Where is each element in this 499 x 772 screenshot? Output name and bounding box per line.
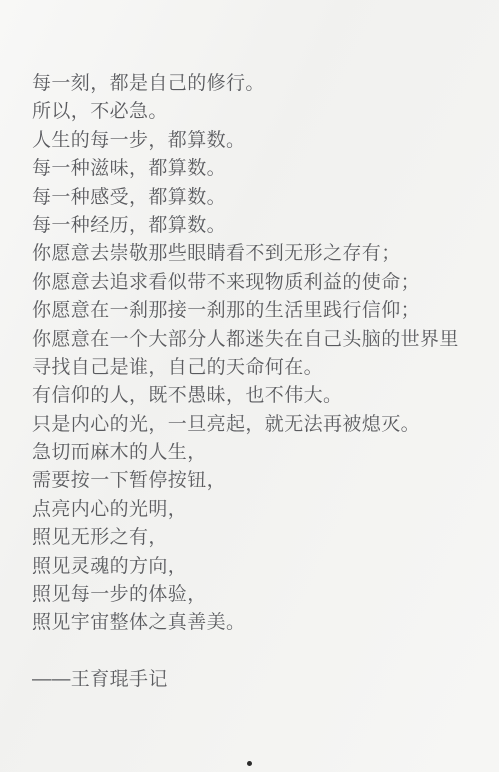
poem-line: 照见宇宙整体之真善美。 [32,609,473,637]
poem-line: 你愿意在一个大部分人都迷失在自己头脑的世界里 [32,326,473,354]
author-signature: ——王育琨手记 [32,666,473,694]
poem-line: 照见无形之有， [32,524,473,552]
poem-line: 你愿意在一刹那接一刹那的生活里践行信仰； [32,297,473,325]
poem-line: 每一种感受，都算数。 [32,184,473,212]
ink-dot [247,761,252,766]
poem-line: 你愿意去追求看似带不来现物质利益的使命； [32,269,473,297]
poem-line: 照见灵魂的方向， [32,553,473,581]
poem-body: 每一刻，都是自己的修行。 所以，不必急。 人生的每一步，都算数。 每一种滋味，都… [32,70,473,695]
poem-line: 每一种滋味，都算数。 [32,155,473,183]
poem-line: 需要按一下暂停按钮， [32,467,473,495]
poem-line: 每一种经历，都算数。 [32,212,473,240]
quote-card: 每一刻，都是自己的修行。 所以，不必急。 人生的每一步，都算数。 每一种滋味，都… [0,0,499,772]
poem-line: 只是内心的光，一旦亮起，就无法再被熄灭。 [32,411,473,439]
poem-line: 你愿意去崇敬那些眼睛看不到无形之存有； [32,240,473,268]
poem-line: 点亮内心的光明， [32,496,473,524]
poem-line: 寻找自己是谁，自己的天命何在。 [32,354,473,382]
poem-line: 每一刻，都是自己的修行。 [32,70,473,98]
poem-line: 所以，不必急。 [32,98,473,126]
poem-line: 有信仰的人，既不愚昧，也不伟大。 [32,382,473,410]
poem-line: 人生的每一步，都算数。 [32,127,473,155]
poem-line: 急切而麻木的人生， [32,439,473,467]
poem-line: 照见每一步的体验， [32,581,473,609]
